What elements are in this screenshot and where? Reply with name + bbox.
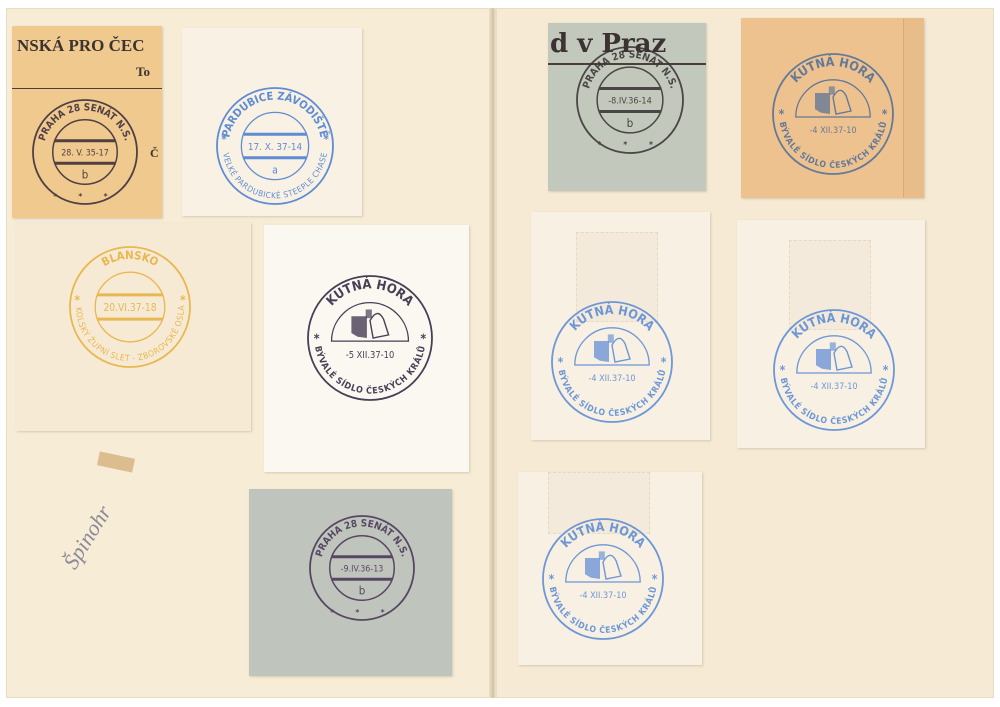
svg-text:b: b	[82, 167, 89, 181]
svg-text:-9.IV.36-13: -9.IV.36-13	[341, 565, 384, 575]
svg-text:PARDUBICE ZÁVODIŠTĚ: PARDUBICE ZÁVODIŠTĚ	[219, 90, 330, 139]
svg-text:KUTNÁ HORA: KUTNÁ HORA	[566, 302, 657, 334]
svg-text:-8.IV.36-14: -8.IV.36-14	[608, 97, 652, 107]
postmark-praha-1936-8iv: PRAHA 28 SENÁT N.S.-8.IV.36-14b* * *	[569, 39, 691, 161]
svg-text:28. V. 35-17: 28. V. 35-17	[61, 149, 109, 159]
fold-strip	[903, 18, 924, 198]
svg-text:-4 XII.37-10: -4 XII.37-10	[579, 591, 626, 601]
side-mark: Č	[150, 146, 159, 161]
svg-text:*: *	[221, 132, 227, 146]
svg-text:*: *	[74, 293, 80, 307]
svg-text:*: *	[661, 355, 667, 369]
postmark-kutna-hora-a: KUTNÁ HORABÝVALÉ SÍDLO ČESKÝCH KRÁLŮ-4 X…	[544, 294, 680, 430]
svg-text:*: *	[883, 363, 889, 377]
svg-text:b: b	[359, 583, 366, 597]
postmark-praha-1936-9iv: PRAHA 28 SENÁT N.S.-9.IV.36-13b* * *	[302, 508, 422, 628]
svg-text:KUTNÁ HORA: KUTNÁ HORA	[787, 54, 878, 86]
cutting-header: NSKÁ PRO ČEC	[17, 36, 162, 56]
cutting-subheader: To	[136, 64, 162, 80]
svg-text:* * *: * * *	[53, 191, 117, 201]
coat-of-arms-icon	[816, 342, 852, 370]
svg-text:* * *: * * *	[330, 607, 394, 617]
postmark-blansko: BLANSKOSOKOLSKÝ ŽUPNÍ SLET - ZBOROVSKÉ O…	[62, 239, 198, 375]
coat-of-arms-icon	[585, 551, 621, 579]
header-rule	[12, 88, 162, 89]
svg-text:KUTNÁ HORA: KUTNÁ HORA	[788, 310, 879, 342]
coat-of-arms-icon	[594, 334, 630, 362]
svg-text:PRAHA 28 SENÁT N.S.: PRAHA 28 SENÁT N.S.	[581, 50, 678, 91]
svg-text:*: *	[314, 330, 320, 345]
svg-text:-4 XII.37-10: -4 XII.37-10	[810, 382, 857, 392]
coat-of-arms-icon	[815, 86, 851, 114]
postmark-pardubice: PARDUBICE ZÁVODIŠTĚVELKÉ PARDUBICKÉ STEE…	[209, 80, 341, 212]
svg-text:*: *	[420, 330, 426, 345]
svg-text:-4 XII.37-10: -4 XII.37-10	[809, 126, 856, 136]
postmark-kutna-hora-c: KUTNÁ HORABÝVALÉ SÍDLO ČESKÝCH KRÁLŮ-4 X…	[535, 511, 671, 647]
svg-text:*: *	[323, 132, 329, 146]
svg-text:*: *	[549, 572, 555, 586]
svg-text:*: *	[779, 107, 785, 121]
postmark-kutna-hora-b: KUTNÁ HORABÝVALÉ SÍDLO ČESKÝCH KRÁLŮ-4 X…	[766, 302, 902, 438]
svg-text:b: b	[627, 116, 634, 130]
svg-text:*: *	[780, 363, 786, 377]
postmark-kutna-hora-brown: KUTNÁ HORABÝVALÉ SÍDLO ČESKÝCH KRÁLŮ-4 X…	[765, 46, 901, 182]
svg-text:KUTNÁ HORA: KUTNÁ HORA	[557, 519, 648, 551]
svg-text:17. X. 37-14: 17. X. 37-14	[248, 142, 303, 153]
svg-text:a: a	[272, 165, 278, 177]
svg-text:*: *	[558, 355, 564, 369]
svg-text:-4 XII.37-10: -4 XII.37-10	[588, 374, 635, 384]
svg-text:KUTNÁ HORA: KUTNÁ HORA	[324, 276, 417, 310]
postmark-kutna-hora-5xii: KUTNÁ HORABÝVALÉ SÍDLO ČESKÝCH KRÁLŮ-5 X…	[300, 268, 440, 408]
svg-text:20.VI.37-18: 20.VI.37-18	[103, 303, 156, 314]
svg-text:PRAHA 28 SENÁT N.S.: PRAHA 28 SENÁT N.S.	[314, 518, 410, 558]
coat-of-arms-icon	[351, 309, 388, 338]
svg-text:-5 XII.37-10: -5 XII.37-10	[346, 350, 395, 361]
svg-text:PRAHA 28 SENÁT N.S.: PRAHA 28 SENÁT N.S.	[37, 102, 133, 142]
svg-text:*: *	[180, 293, 186, 307]
postmark-praha-1935: PRAHA 28 SENÁT N.S.28. V. 35-17b* * *	[25, 92, 145, 212]
svg-text:*: *	[652, 572, 658, 586]
svg-text:*: *	[882, 107, 888, 121]
svg-text:* * *: * * *	[598, 140, 663, 150]
